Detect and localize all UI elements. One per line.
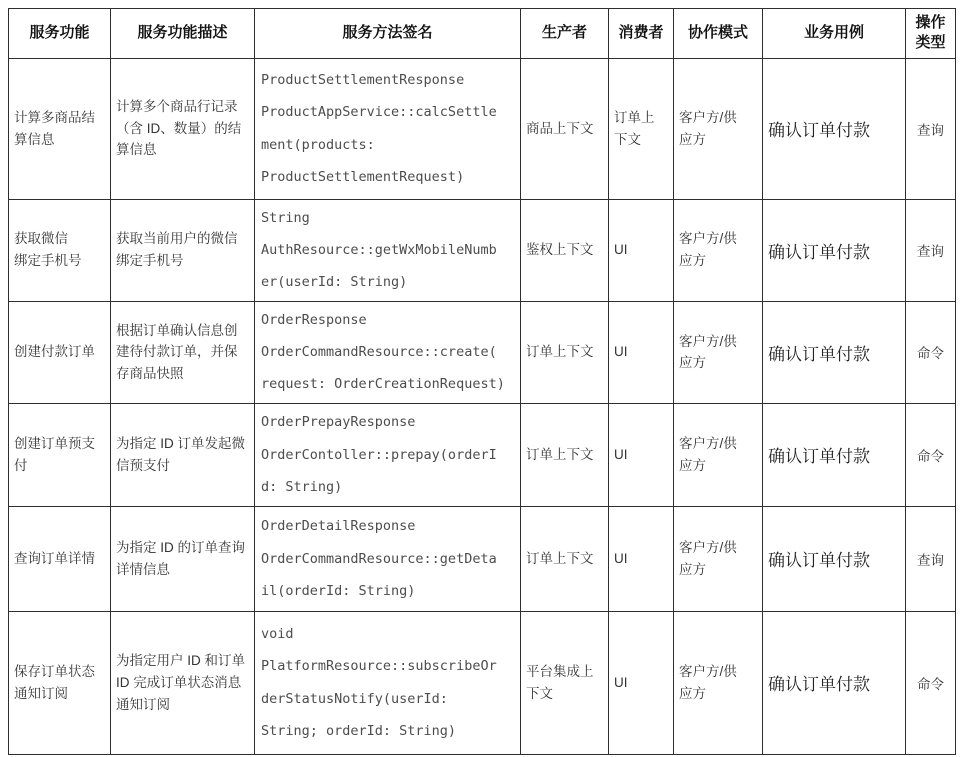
cell-producer: 订单上下文 bbox=[521, 506, 609, 611]
col-header-service-function: 服务功能 bbox=[9, 9, 111, 59]
cell-producer: 订单上下文 bbox=[521, 301, 609, 403]
cell-service-description: 根据订单确认信息创 建待付款订单，并保 存商品快照 bbox=[111, 301, 255, 403]
table-row: 获取微信 绑定手机号 获取当前用户的微信 绑定手机号 String AuthRe… bbox=[9, 199, 956, 301]
table-row: 计算多商品结 算信息 计算多个商品行记录 （含 ID、数量）的结 算信息 Pro… bbox=[9, 58, 956, 199]
cell-operation-type: 查询 bbox=[906, 58, 956, 199]
cell-service-description: 为指定 ID 的订单查询 详情信息 bbox=[111, 506, 255, 611]
col-header-business-usecase: 业务用例 bbox=[763, 9, 906, 59]
cell-business-usecase: 确认订单付款 bbox=[763, 199, 906, 301]
cell-consumer: UI bbox=[609, 506, 674, 611]
cell-method-signature: OrderDetailResponse OrderCommandResource… bbox=[255, 506, 521, 611]
cell-method-signature: void PlatformResource::subscribeOr derSt… bbox=[255, 611, 521, 754]
cell-collab-mode: 客户方/供 应方 bbox=[674, 611, 763, 754]
cell-consumer: UI bbox=[609, 199, 674, 301]
cell-service-description: 为指定 ID 订单发起微 信预支付 bbox=[111, 403, 255, 506]
cell-service-function: 创建订单预支 付 bbox=[9, 403, 111, 506]
cell-operation-type: 命令 bbox=[906, 301, 956, 403]
cell-operation-type: 查询 bbox=[906, 199, 956, 301]
cell-collab-mode: 客户方/供 应方 bbox=[674, 58, 763, 199]
cell-collab-mode: 客户方/供 应方 bbox=[674, 403, 763, 506]
col-header-collab-mode: 协作模式 bbox=[674, 9, 763, 59]
cell-collab-mode: 客户方/供 应方 bbox=[674, 506, 763, 611]
cell-operation-type: 命令 bbox=[906, 611, 956, 754]
cell-service-description: 计算多个商品行记录 （含 ID、数量）的结 算信息 bbox=[111, 58, 255, 199]
cell-business-usecase: 确认订单付款 bbox=[763, 611, 906, 754]
col-header-operation-type: 操作类型 bbox=[906, 9, 956, 59]
cell-business-usecase: 确认订单付款 bbox=[763, 506, 906, 611]
cell-business-usecase: 确认订单付款 bbox=[763, 301, 906, 403]
col-header-consumer: 消费者 bbox=[609, 9, 674, 59]
cell-method-signature: OrderPrepayResponse OrderContoller::prep… bbox=[255, 403, 521, 506]
cell-producer: 商品上下文 bbox=[521, 58, 609, 199]
cell-service-function: 查询订单详情 bbox=[9, 506, 111, 611]
cell-producer: 订单上下文 bbox=[521, 403, 609, 506]
cell-business-usecase: 确认订单付款 bbox=[763, 403, 906, 506]
cell-method-signature: ProductSettlementResponse ProductAppServ… bbox=[255, 58, 521, 199]
cell-operation-type: 命令 bbox=[906, 403, 956, 506]
cell-service-function: 获取微信 绑定手机号 bbox=[9, 199, 111, 301]
table-row: 创建付款订单 根据订单确认信息创 建待付款订单，并保 存商品快照 OrderRe… bbox=[9, 301, 956, 403]
cell-producer: 鉴权上下文 bbox=[521, 199, 609, 301]
cell-operation-type: 查询 bbox=[906, 506, 956, 611]
table-row: 查询订单详情 为指定 ID 的订单查询 详情信息 OrderDetailResp… bbox=[9, 506, 956, 611]
cell-business-usecase: 确认订单付款 bbox=[763, 58, 906, 199]
cell-collab-mode: 客户方/供 应方 bbox=[674, 199, 763, 301]
col-header-producer: 生产者 bbox=[521, 9, 609, 59]
col-header-method-signature: 服务方法签名 bbox=[255, 9, 521, 59]
cell-producer: 平台集成上 下文 bbox=[521, 611, 609, 754]
cell-collab-mode: 客户方/供 应方 bbox=[674, 301, 763, 403]
document-page: 服务功能 服务功能描述 服务方法签名 生产者 消费者 协作模式 业务用例 操作类… bbox=[0, 0, 962, 757]
cell-method-signature: OrderResponse OrderCommandResource::crea… bbox=[255, 301, 521, 403]
table-row: 创建订单预支 付 为指定 ID 订单发起微 信预支付 OrderPrepayRe… bbox=[9, 403, 956, 506]
cell-service-function: 保存订单状态 通知订阅 bbox=[9, 611, 111, 754]
service-interface-table: 服务功能 服务功能描述 服务方法签名 生产者 消费者 协作模式 业务用例 操作类… bbox=[8, 8, 956, 755]
col-header-service-description: 服务功能描述 bbox=[111, 9, 255, 59]
cell-consumer: UI bbox=[609, 403, 674, 506]
cell-consumer: UI bbox=[609, 301, 674, 403]
cell-method-signature: String AuthResource::getWxMobileNumb er(… bbox=[255, 199, 521, 301]
cell-consumer: 订单上 下文 bbox=[609, 58, 674, 199]
header-row: 服务功能 服务功能描述 服务方法签名 生产者 消费者 协作模式 业务用例 操作类… bbox=[9, 9, 956, 59]
cell-service-description: 获取当前用户的微信 绑定手机号 bbox=[111, 199, 255, 301]
cell-service-function: 计算多商品结 算信息 bbox=[9, 58, 111, 199]
cell-consumer: UI bbox=[609, 611, 674, 754]
cell-service-function: 创建付款订单 bbox=[9, 301, 111, 403]
table-row: 保存订单状态 通知订阅 为指定用户 ID 和订单 ID 完成订单状态消息 通知订… bbox=[9, 611, 956, 754]
cell-service-description: 为指定用户 ID 和订单 ID 完成订单状态消息 通知订阅 bbox=[111, 611, 255, 754]
